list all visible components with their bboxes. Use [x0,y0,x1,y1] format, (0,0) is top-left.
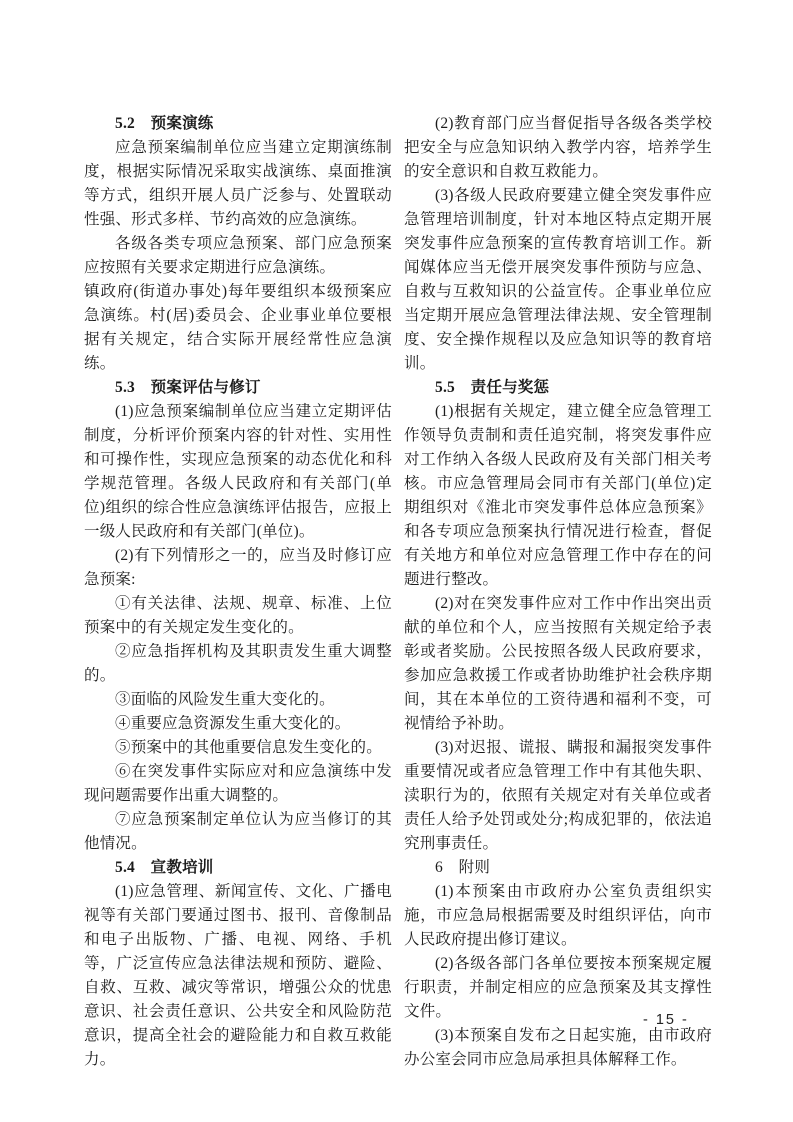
paragraph: (3)各级人民政府要建立健全突发事件应急管理培训制度，针对本地区特点定期开展突发… [404,184,712,376]
paragraph: (1)本预案由市政府办公室负责组织实施，市应急局根据需要及时组织评估，向市人民政… [404,880,712,952]
paragraph: ⑥在突发事件实际应对和应急演练中发现问题需要作出重大调整的。 [84,760,392,808]
paragraph: 各级各类专项应急预案、部门应急预案应按照有关要求定期进行应急演练。 [84,232,392,280]
paragraph: ⑤预案中的其他重要信息发生变化的。 [84,736,392,760]
left-column: 5.2 预案演练应急预案编制单位应当建立定期演练制度，根据实际情况采取实战演练、… [84,112,392,1072]
paragraph: (1)根据有关规定，建立健全应急管理工作领导负责制和责任追究制，将突发事件应对工… [404,400,712,592]
section-heading: 6 附则 [404,856,712,880]
section-heading: 5.4 宣教培训 [84,856,392,880]
paragraph: ④重要应急资源发生重大变化的。 [84,712,392,736]
paragraph: (2)有下列情形之一的，应当及时修订应急预案: [84,544,392,592]
paragraph: (1)应急预案编制单位应当建立定期评估制度，分析评价预案内容的针对性、实用性和可… [84,400,392,544]
section-heading: 5.5 责任与奖惩 [404,376,712,400]
paragraph: 应急预案编制单位应当建立定期演练制度，根据实际情况采取实战演练、桌面推演等方式，… [84,136,392,232]
paragraph: ②应急指挥机构及其职责发生重大调整的。 [84,640,392,688]
section-heading: 5.2 预案演练 [84,112,392,136]
page-number: - 15 - [643,1008,689,1032]
paragraph: (2)对在突发事件应对工作中作出突出贡献的单位和个人，应当按照有关规定给予表彰或… [404,592,712,736]
paragraph: 镇政府(街道办事处)每年要组织本级预案应急演练。村(居)委员会、企业事业单位要根… [84,280,392,376]
paragraph: (1)应急管理、新闻宣传、文化、广播电视等有关部门要通过图书、报刊、音像制品和电… [84,880,392,1072]
paragraph: (3)对迟报、谎报、瞒报和漏报突发事件重要情况或者应急管理工作中有其他失职、渎职… [404,736,712,856]
paragraph: (2)教育部门应当督促指导各级各类学校把安全与应急知识纳入教学内容，培养学生的安… [404,112,712,184]
paragraph: ⑦应急预案制定单位认为应当修订的其他情况。 [84,808,392,856]
paragraph: ③面临的风险发生重大变化的。 [84,688,392,712]
section-heading: 5.3 预案评估与修订 [84,376,392,400]
right-column: (2)教育部门应当督促指导各级各类学校把安全与应急知识纳入教学内容，培养学生的安… [404,112,712,1072]
paragraph: ①有关法律、法规、规章、标准、上位预案中的有关规定发生变化的。 [84,592,392,640]
document-page: 5.2 预案演练应急预案编制单位应当建立定期演练制度，根据实际情况采取实战演练、… [0,0,793,1122]
